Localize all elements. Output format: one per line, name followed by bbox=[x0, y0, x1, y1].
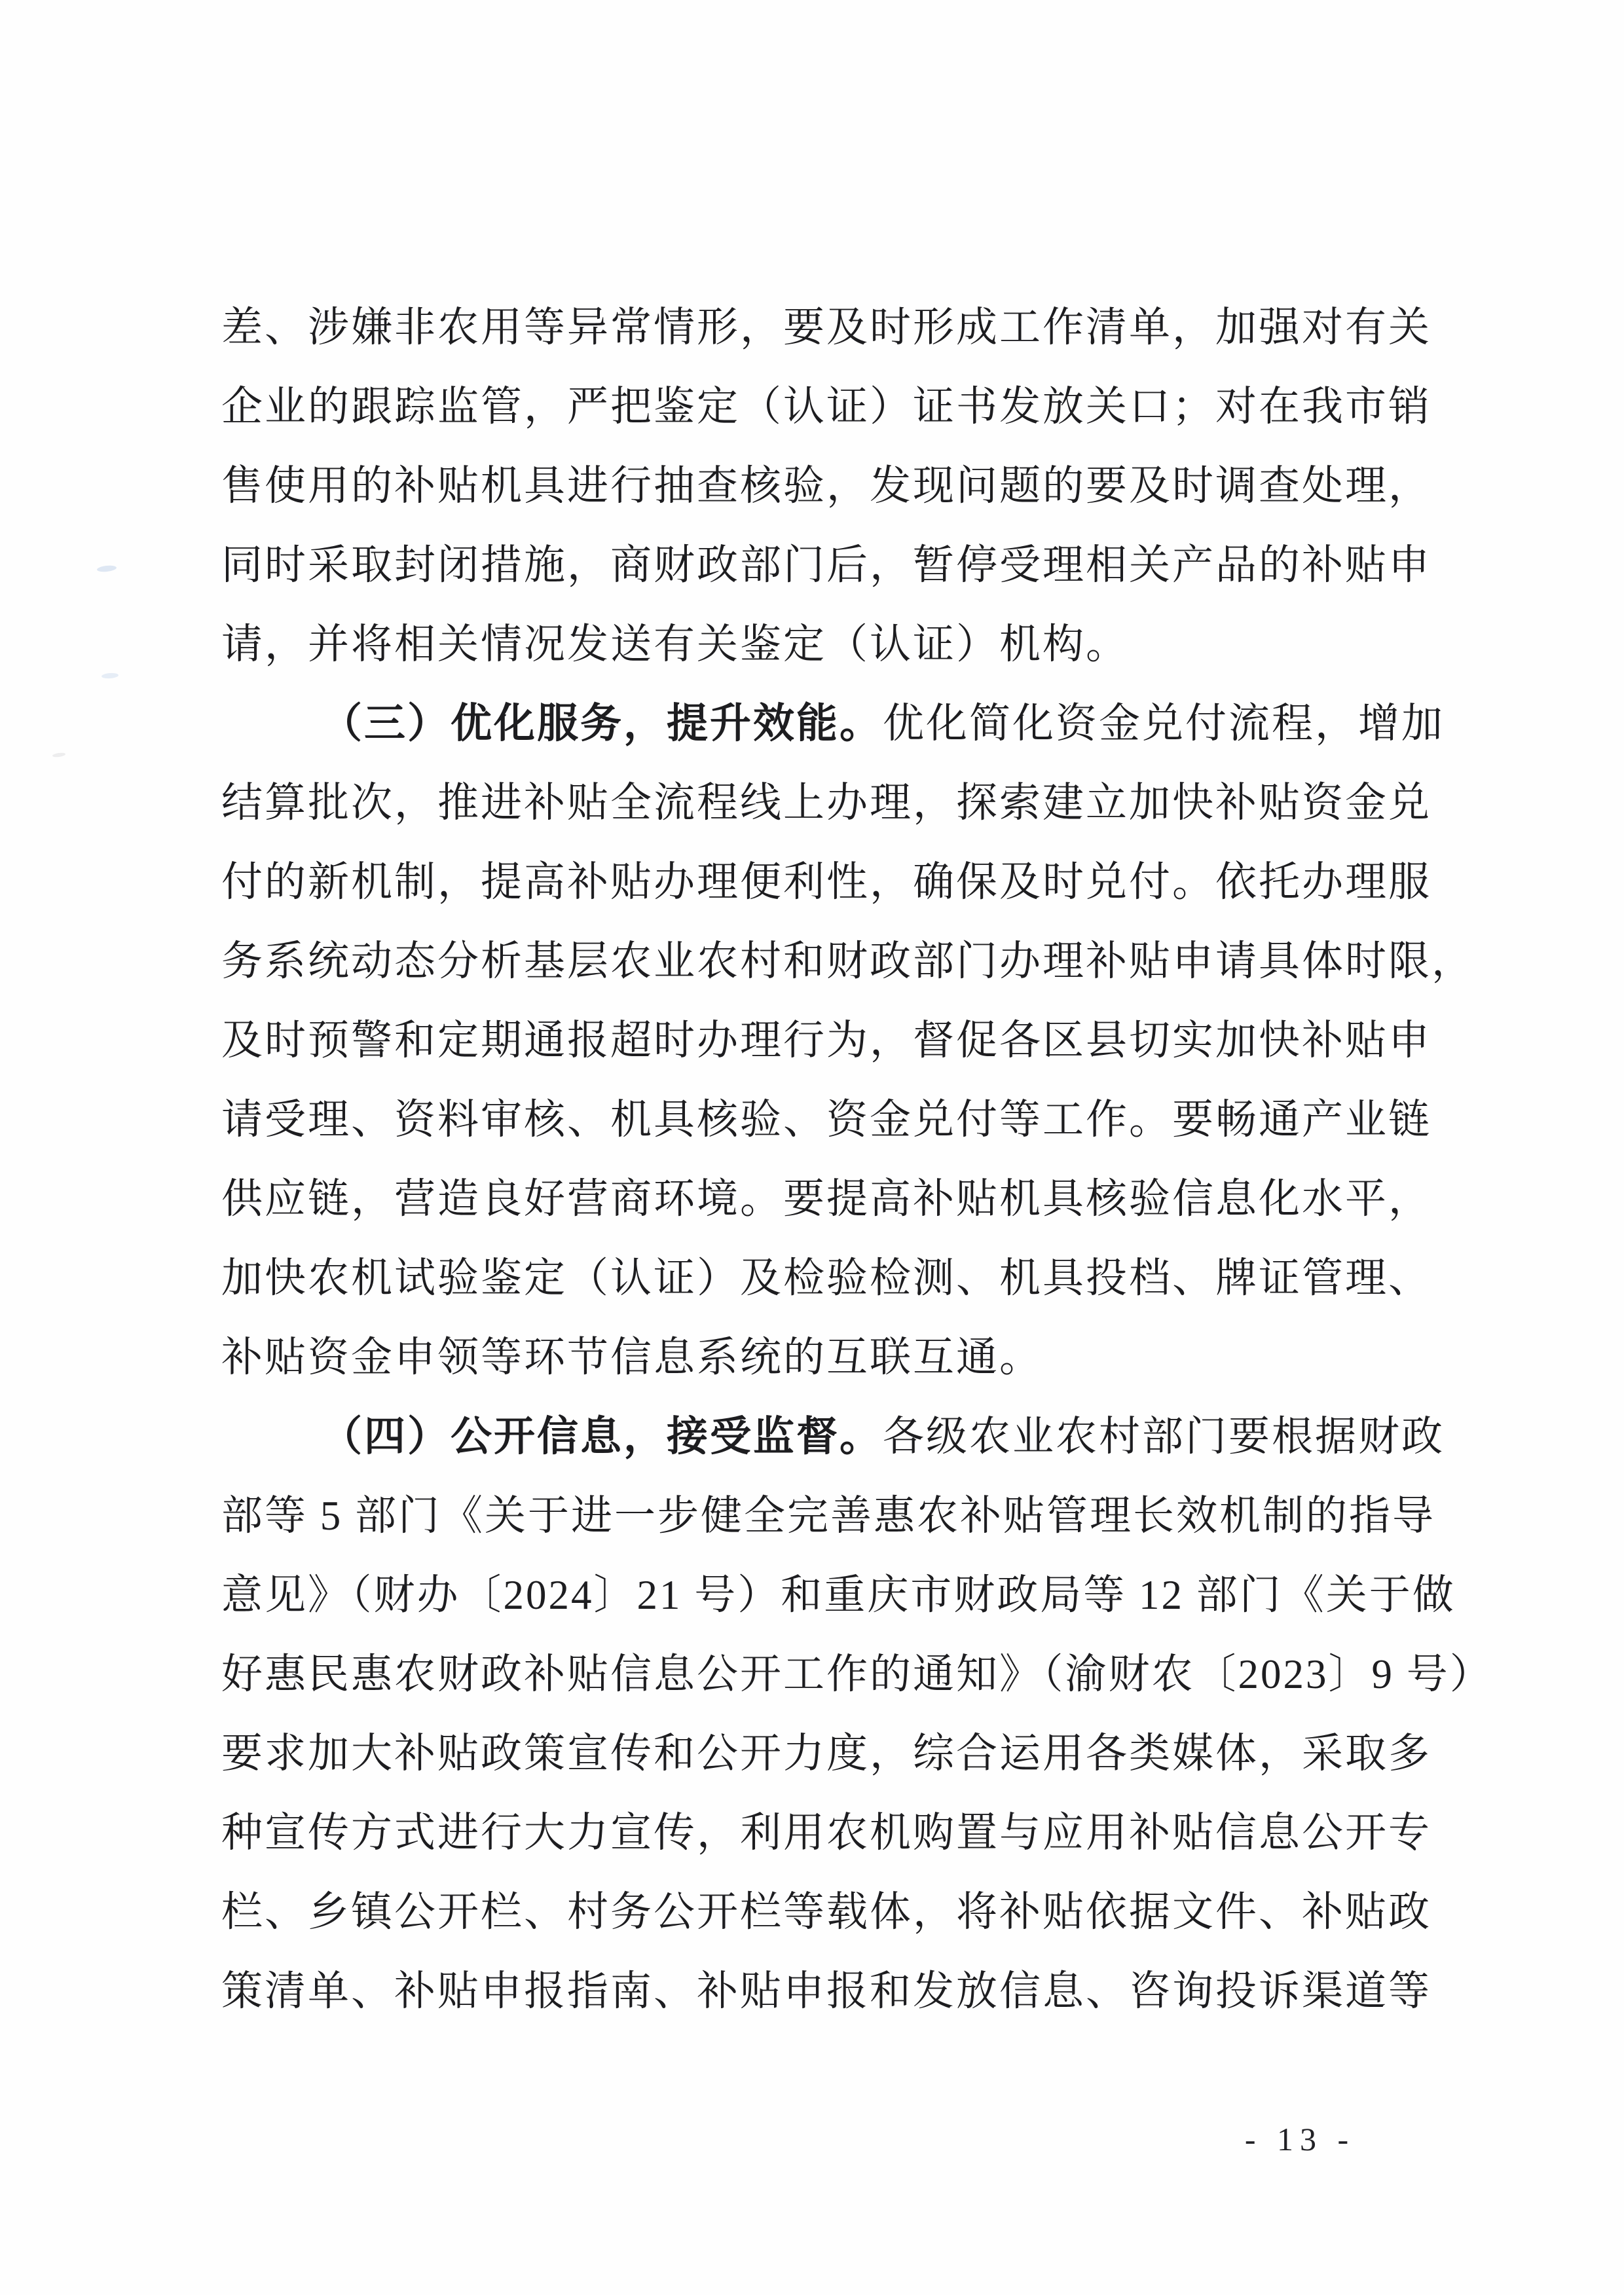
line-text: 同时采取封闭措施，商财政部门后，暂停受理相关产品的补贴申 bbox=[221, 542, 1431, 588]
text-line: 部等 5 部门《关于进一步健全完善惠农补贴管理长效机制的指导 bbox=[221, 1477, 1446, 1556]
text-line: 要求加大补贴政策宣传和公开力度，综合运用各类媒体，采取多 bbox=[221, 1714, 1446, 1793]
text-line: 栏、乡镇公开栏、村务公开栏等载体，将补贴依据文件、补贴政 bbox=[221, 1873, 1446, 1952]
line-text: 供应链，营造良好营商环境。要提高补贴机具核验信息化水平， bbox=[221, 1176, 1431, 1222]
text-line: 及时预警和定期通报超时办理行为，督促各区县切实加快补贴申 bbox=[221, 1001, 1446, 1080]
line-text: 加快农机试验鉴定（认证）及检验检测、机具投档、牌证管理、 bbox=[221, 1255, 1431, 1301]
text-line: 请受理、资料审核、机具核验、资金兑付等工作。要畅通产业链 bbox=[221, 1080, 1446, 1160]
text-line: 请，并将相关情况发送有关鉴定（认证）机构。 bbox=[221, 605, 1446, 684]
line-text: 结算批次，推进补贴全流程线上办理，探索建立加快补贴资金兑 bbox=[221, 780, 1431, 826]
text-line: 种宣传方式进行大力宣传，利用农机购置与应用补贴信息公开专 bbox=[221, 1793, 1446, 1873]
line-text: 企业的跟踪监管，严把鉴定（认证）证书发放关口；对在我市销 bbox=[221, 384, 1431, 430]
line-text: 请，并将相关情况发送有关鉴定（认证）机构。 bbox=[221, 621, 1129, 667]
line-text: 差、涉嫌非农用等异常情形，要及时形成工作清单，加强对有关 bbox=[221, 304, 1431, 350]
text-line: 意见》（财办〔2024〕21 号）和重庆市财政局等 12 部门《关于做 bbox=[221, 1556, 1446, 1635]
line-text: 好惠民惠农财政补贴信息公开工作的通知》（渝财农〔2023〕9 号） bbox=[221, 1651, 1493, 1697]
line-text: 策清单、补贴申报指南、补贴申报和发放信息、咨询投诉渠道等 bbox=[221, 1968, 1431, 2014]
text-line: 供应链，营造良好营商环境。要提高补贴机具核验信息化水平， bbox=[221, 1160, 1446, 1239]
line-text: 要求加大补贴政策宣传和公开力度，综合运用各类媒体，采取多 bbox=[221, 1731, 1431, 1776]
text-line: 好惠民惠农财政补贴信息公开工作的通知》（渝财农〔2023〕9 号） bbox=[221, 1635, 1446, 1714]
scan-smudge bbox=[101, 672, 119, 679]
section-heading: （四）公开信息，接受监督。 bbox=[321, 1414, 883, 1460]
text-line: （三）优化服务，提升效能。优化简化资金兑付流程，增加 bbox=[221, 684, 1446, 763]
line-text: 务系统动态分析基层农业农村和财政部门办理补贴申请具体时限， bbox=[221, 938, 1475, 984]
text-line: 差、涉嫌非农用等异常情形，要及时形成工作清单，加强对有关 bbox=[221, 288, 1446, 367]
body-text: 差、涉嫌非农用等异常情形，要及时形成工作清单，加强对有关企业的跟踪监管，严把鉴定… bbox=[221, 288, 1446, 2031]
text-line: 付的新机制，提高补贴办理便利性，确保及时兑付。依托办理服 bbox=[221, 843, 1446, 922]
line-text: 请受理、资料审核、机具核验、资金兑付等工作。要畅通产业链 bbox=[221, 1097, 1431, 1143]
text-line: 加快农机试验鉴定（认证）及检验检测、机具投档、牌证管理、 bbox=[221, 1239, 1446, 1318]
line-text: 意见》（财办〔2024〕21 号）和重庆市财政局等 12 部门《关于做 bbox=[221, 1572, 1456, 1618]
scan-smudge bbox=[97, 564, 117, 572]
line-text: 栏、乡镇公开栏、村务公开栏等载体，将补贴依据文件、补贴政 bbox=[221, 1889, 1431, 1935]
document-page: 差、涉嫌非农用等异常情形，要及时形成工作清单，加强对有关企业的跟踪监管，严把鉴定… bbox=[0, 0, 1624, 2295]
text-line: 结算批次，推进补贴全流程线上办理，探索建立加快补贴资金兑 bbox=[221, 763, 1446, 843]
text-line: 策清单、补贴申报指南、补贴申报和发放信息、咨询投诉渠道等 bbox=[221, 1952, 1446, 2031]
scan-smudge bbox=[52, 752, 66, 758]
line-text: 种宣传方式进行大力宣传，利用农机购置与应用补贴信息公开专 bbox=[221, 1810, 1431, 1856]
section-heading: （三）优化服务，提升效能。 bbox=[321, 701, 883, 746]
line-text: 各级农业农村部门要根据财政 bbox=[883, 1414, 1445, 1460]
text-line: 售使用的补贴机具进行抽查核验，发现问题的要及时调查处理， bbox=[221, 447, 1446, 526]
line-text: 付的新机制，提高补贴办理便利性，确保及时兑付。依托办理服 bbox=[221, 859, 1431, 905]
text-line: 企业的跟踪监管，严把鉴定（认证）证书发放关口；对在我市销 bbox=[221, 367, 1446, 447]
line-text: 售使用的补贴机具进行抽查核验，发现问题的要及时调查处理， bbox=[221, 463, 1431, 509]
line-text: 补贴资金申领等环节信息系统的互联互通。 bbox=[221, 1334, 1043, 1380]
line-text: 优化简化资金兑付流程，增加 bbox=[883, 701, 1445, 746]
text-line: 务系统动态分析基层农业农村和财政部门办理补贴申请具体时限， bbox=[221, 922, 1446, 1001]
text-line: 补贴资金申领等环节信息系统的互联互通。 bbox=[221, 1318, 1446, 1397]
line-text: 部等 5 部门《关于进一步健全完善惠农补贴管理长效机制的指导 bbox=[221, 1493, 1435, 1539]
text-line: 同时采取封闭措施，商财政部门后，暂停受理相关产品的补贴申 bbox=[221, 526, 1446, 605]
line-text: 及时预警和定期通报超时办理行为，督促各区县切实加快补贴申 bbox=[221, 1018, 1431, 1063]
page-number: - 13 - bbox=[1218, 2116, 1382, 2162]
text-line: （四）公开信息，接受监督。各级农业农村部门要根据财政 bbox=[221, 1397, 1446, 1477]
